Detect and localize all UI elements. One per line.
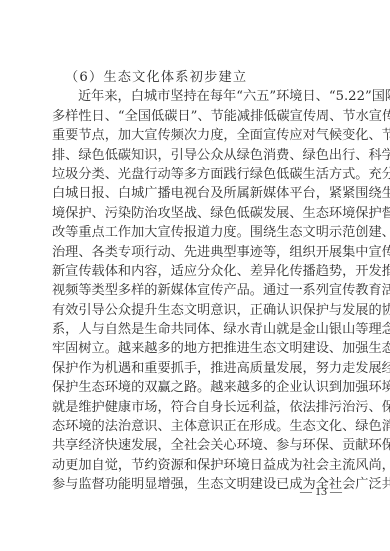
paragraph-line: 治理、各类专项行动、先进典型事迹等，组织开展集中宣传。创 [52, 243, 339, 262]
paragraph-line: 境保护、污染防治攻坚战、绿色低碳发展、生态环境保护督察整 [52, 204, 339, 223]
paragraph-line: 垃圾分类、光盘行动等多方面践行绿色低碳生活方式。充分利用 [52, 165, 339, 184]
paragraph-line: 多样性日、“全国低碳日”、节能减排低碳宣传周、节水宣传周等 [52, 107, 339, 126]
paragraph-line: 共享经济快速发展，全社会关心环境、参与环保、贡献环保的行 [52, 436, 339, 455]
page-content: （6）生态文化体系初步建立 近年来，白城市坚持在每年“六五”环境日、“5.22”… [52, 68, 339, 495]
paragraph-line: 就是维护健康市场，符合自身长远利益，依法排污治污、保护生 [52, 398, 339, 417]
paragraph-line: 新宣传载体和内容，适应分众化、差异化传播趋势，开发推介短 [52, 262, 339, 281]
paragraph-line: 近年来，白城市坚持在每年“六五”环境日、“5.22”国际生物 [52, 87, 339, 106]
paragraph-line: 保护生态环境的双赢之路。越来越多的企业认识到加强环境保护 [52, 378, 339, 397]
paragraph-line: 参与监督功能明显增强，生态文明建设已成为全社会广泛共识。 [52, 475, 339, 494]
paragraph-line: 视频等类型多样的新媒体宣传产品。通过一系列宣传教育活动， [52, 281, 339, 300]
body-paragraph: 近年来，白城市坚持在每年“六五”环境日、“5.22”国际生物 多样性日、“全国低… [52, 87, 339, 494]
section-heading: （6）生态文化体系初步建立 [52, 68, 339, 87]
paragraph-line: 排、绿色低碳知识，引导公众从绿色消费、绿色出行、科学节水、 [52, 146, 339, 165]
paragraph-line: 态环境的法治意识、主体意识正在形成。生态文化、绿色消费、 [52, 417, 339, 436]
paragraph-line: 保护作为机遇和重要抓手，推进高质量发展，努力走发展经济和 [52, 359, 339, 378]
paragraph-line: 动更加自觉，节约资源和保护环境日益成为社会主流风尚，公众 [52, 456, 339, 475]
paragraph-line: 重要节点，加大宣传频次力度，全面宣传应对气候变化、节能减 [52, 126, 339, 145]
paragraph-line: 牢固树立。越来越多的地方把推进生态文明建设、加强生态环境 [52, 339, 339, 358]
document-page: （6）生态文化体系初步建立 近年来，白城市坚持在每年“六五”环境日、“5.22”… [0, 0, 390, 551]
paragraph-line: 系，人与自然是生命共同体、绿水青山就是金山银山等理念正在 [52, 320, 339, 339]
page-number: — 13 — [300, 483, 342, 499]
paragraph-line: 改等重点工作加大宣传报道力度。围绕生态文明示范创建、环境 [52, 223, 339, 242]
paragraph-line: 白城日报、白城广播电视台及所属新媒体平台，紧紧围绕生态环 [52, 184, 339, 203]
paragraph-line: 有效引导公众提升生态文明意识，正确认识保护与发展的协同关 [52, 301, 339, 320]
